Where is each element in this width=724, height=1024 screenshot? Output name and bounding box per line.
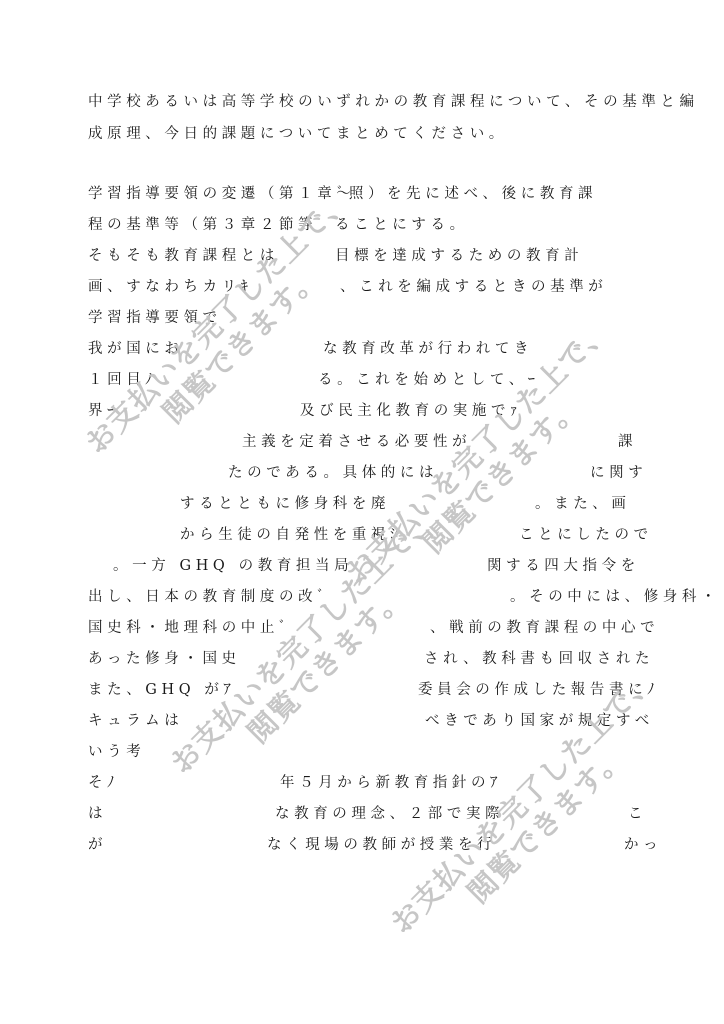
body-line: がなく現場の教師が授業を行かっ xyxy=(0,834,724,856)
body-text-segment: ﾞ照）を先に述べ、後に教育課 xyxy=(337,183,597,205)
question-text: 中学校あるいは高等学校のいずれかの教育課程について、その基準と編 xyxy=(88,91,699,113)
body-text-segment: 、戦前の教育課程の中心で xyxy=(430,617,659,639)
question-text: 成原理、今日的課題についてまとめてください。 xyxy=(88,123,508,145)
body-text-segment: するとともに修身科を廃 xyxy=(180,493,390,515)
body-text-segment: な教育の理念、２部で実際 xyxy=(275,803,504,825)
body-text-segment: なく現場の教師が授業を行 xyxy=(267,834,496,856)
body-text-segment: 年５月から新教育指針のｱ xyxy=(280,772,502,794)
body-line: 国史科・地理科の中止ﾞ、戦前の教育課程の中心で xyxy=(0,617,724,639)
body-text-segment: 学習指導要領で xyxy=(88,307,222,329)
body-text-segment: 。一方 GHQ の教育担当局 xyxy=(113,555,353,577)
body-text-segment: る。これを始めとして、ｰ xyxy=(318,369,540,391)
body-line: 出し、日本の教育制度の改ﾞ。その中には、修身科・ xyxy=(0,586,724,608)
body-line: 程の基準等（第３章２節等ることにする。 xyxy=(0,214,724,236)
body-text-segment: は xyxy=(88,803,107,825)
body-line: 。一方 GHQ の教育担当局関する四大指令を xyxy=(0,555,724,577)
body-line: そﾉ年５月から新教育指針のｱ xyxy=(0,772,724,794)
body-text-segment: 課 xyxy=(618,431,637,453)
body-text-segment: に関す xyxy=(590,462,647,484)
body-text-segment: そもそも教育課程とは xyxy=(88,245,279,267)
body-text-segment: 委員会の作成した報告書にﾉ xyxy=(418,679,659,701)
body-line: １回目ﾉる。これを始めとして、ｰ xyxy=(0,369,724,391)
body-text-segment: かっ xyxy=(624,834,662,856)
body-text-segment: 国史科・地理科の中止ﾞ xyxy=(88,617,291,639)
body-text-segment: が xyxy=(88,834,107,856)
body-text-segment: 程の基準等（第３章２節等 xyxy=(88,214,317,236)
body-line: 我が国におな教育改革が行われてき xyxy=(0,338,724,360)
body-text-segment: 界ｰ xyxy=(88,400,119,422)
body-text-segment: いう考 xyxy=(88,741,145,763)
body-line: 界ｰ及び民主化教育の実施でｧ xyxy=(0,400,724,422)
body-text-segment: 及び民主化教育の実施でｧ xyxy=(300,400,522,422)
body-text-segment: 主義を定着させる必要性が xyxy=(242,431,471,453)
body-text-segment: １回目ﾉ xyxy=(88,369,157,391)
body-line: そもそも教育課程とは目標を達成するための教育計 xyxy=(0,245,724,267)
body-text-segment: キュラムは xyxy=(88,710,183,732)
body-text-segment: 、これを編成するときの基準が xyxy=(340,276,607,298)
body-line: キュラムはべきであり国家が規定すべ xyxy=(0,710,724,732)
body-line: するとともに修身科を廃。また、画 xyxy=(0,493,724,515)
body-line: また、GHQ がｱ委員会の作成した報告書にﾉ xyxy=(0,679,724,701)
body-text-segment: たのである。具体的には xyxy=(228,462,438,484)
body-text-segment: こ xyxy=(628,803,647,825)
body-text-segment: され、教科書も回収された xyxy=(424,648,654,670)
body-line: 画、すなわちカリｷ、これを編成するときの基準が xyxy=(0,276,724,298)
question-line-1: 中学校あるいは高等学校のいずれかの教育課程について、その基準と編 xyxy=(0,91,724,113)
body-text-segment: な教育改革が行われてき xyxy=(323,338,533,360)
body-text-segment: 。また、画 xyxy=(535,493,631,515)
body-text-segment: 画、すなわちカリｷ xyxy=(88,276,253,298)
body-text-segment: から生徒の自発性を重視ｼ xyxy=(180,524,402,546)
body-text-segment: あった修身・国史 xyxy=(88,648,241,670)
body-text-segment: 。その中には、修身科・ xyxy=(510,586,720,608)
body-line: たのである。具体的にはに関す xyxy=(0,462,724,484)
body-text-segment: 出し、日本の教育制度の改ﾞ xyxy=(88,586,329,608)
body-text-segment: また、GHQ がｱ xyxy=(88,679,235,701)
body-text-segment: 関する四大指令を xyxy=(487,555,640,577)
body-text-segment: 学習指導要領の変遷（第１章〜 xyxy=(88,183,355,205)
body-text-segment: 我が国にお xyxy=(88,338,184,360)
body-line: から生徒の自発性を重視ｼことにしたので xyxy=(0,524,724,546)
body-text-segment: ることにする。 xyxy=(335,214,469,236)
document-page: 中学校あるいは高等学校のいずれかの教育課程について、その基準と編 成原理、今日的… xyxy=(0,0,724,1024)
body-line: いう考 xyxy=(0,741,724,763)
body-line: 学習指導要領の変遷（第１章〜ﾞ照）を先に述べ、後に教育課 xyxy=(0,183,724,205)
body-text-segment: べきであり国家が規定すべ xyxy=(425,710,654,732)
body-text-segment: 目標を達成するための教育計 xyxy=(335,245,583,267)
question-line-2: 成原理、今日的課題についてまとめてください。 xyxy=(0,123,724,145)
body-line: 主義を定着させる必要性が課 xyxy=(0,431,724,453)
body-text-segment: ことにしたので xyxy=(519,524,653,546)
body-line: あった修身・国史され、教科書も回収された xyxy=(0,648,724,670)
body-line: 学習指導要領で xyxy=(0,307,724,329)
body-line: はな教育の理念、２部で実際こ xyxy=(0,803,724,825)
body-text-segment: そﾉ xyxy=(88,772,119,794)
